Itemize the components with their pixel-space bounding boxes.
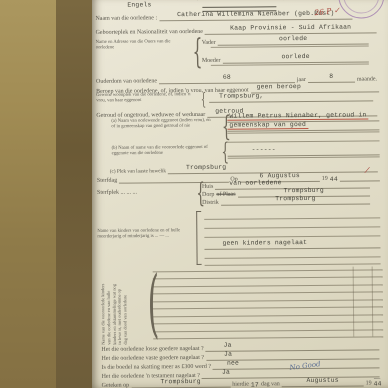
ruled-line: [205, 262, 381, 266]
ruled-line: [153, 275, 383, 279]
ruled-line: [153, 290, 383, 294]
death-place-district-row: Distrik Trompsburg: [202, 195, 370, 205]
residence-brace: {: [201, 92, 207, 109]
father-value: oorlede: [279, 35, 307, 42]
red-check-mark: ✓: [333, 5, 340, 15]
signed-month: Augustus: [306, 377, 338, 384]
predeceased-label-box: Name van die vooroorlede kinders van die…: [101, 268, 148, 346]
ruled-line: [153, 298, 383, 302]
mother-value: oorlede: [281, 53, 309, 60]
age-label: Ouderdom van oorledene: [96, 78, 157, 85]
residence-label: Gewone woonplek van die oorledene, of, i…: [96, 92, 198, 104]
parents-label: Name en Adresse van die Ouers van die oo…: [96, 39, 186, 51]
death-date-label: Sterfdag: [97, 178, 117, 184]
children-bracket: [196, 211, 201, 265]
ruled-line: [153, 305, 383, 309]
predeceased-label-rotated: Name van die vooroorlede kinders van die…: [101, 282, 129, 345]
signed-row: Geteken op Trompsburg hierdie 17 dag van…: [102, 377, 382, 388]
ruled-line: [204, 216, 380, 220]
ruled-line: [204, 225, 380, 229]
language-note: Engels: [127, 1, 151, 8]
district-value: Trompsburg: [275, 195, 315, 202]
ruled-line: [153, 268, 383, 272]
signed-hierdie: hierdie: [232, 382, 249, 388]
former-spouse-value: ------: [252, 146, 276, 153]
children-value-row: geen kinders nagelaat: [204, 239, 380, 250]
death-place-label: Sterfplek ... ... ...: [97, 189, 137, 195]
signed-year-prefix: 19: [366, 380, 372, 386]
children-label: Name van kinders van oorledene en of hul…: [97, 228, 193, 240]
ruled-line: [153, 283, 383, 287]
pencil-dash-mark: —: [374, 374, 381, 382]
spouse-label: (a) Naam van oorlewende eggenoot (indien…: [111, 118, 213, 130]
signed-day: 17: [251, 381, 259, 388]
children-label-box: Name van kinders van oorledene en of hul…: [97, 228, 193, 243]
ruled-line: [205, 255, 381, 259]
residence-label-box: Gewone woonplek van die oorledene, of, i…: [96, 92, 198, 107]
ruled-line: [227, 130, 379, 133]
spouse-label-box: (a) Naam van oorlewende eggenoot (indien…: [111, 118, 213, 133]
age-years-value: 68: [223, 74, 231, 81]
signed-place: Trompsburg: [160, 378, 200, 385]
birthplace-label: Geboorteplek en Nasionaliteit van oorled…: [96, 29, 203, 36]
spouse-value-line2: gemeenskap van goed: [227, 121, 308, 130]
signed-label: Geteken op: [102, 383, 130, 388]
name-label: Naam van die oorledene :: [95, 15, 157, 22]
form-content: VERVAT IN DIE BOEDELWET, 1913 Engels Naa…: [0, 0, 388, 388]
ruled-line: [153, 320, 383, 324]
parents-label-box: Name en Adresse van die Ouers van die oo…: [96, 39, 186, 54]
ruled-line: [153, 313, 383, 317]
scanned-death-notice-document: VERVAT IN DIE BOEDELWET, 1913 Engels Naa…: [0, 0, 388, 388]
children-value: geen kinders nagelaat: [222, 239, 307, 247]
district-label: Distrik: [202, 200, 219, 206]
signed-dag-van: dag van: [261, 381, 280, 387]
